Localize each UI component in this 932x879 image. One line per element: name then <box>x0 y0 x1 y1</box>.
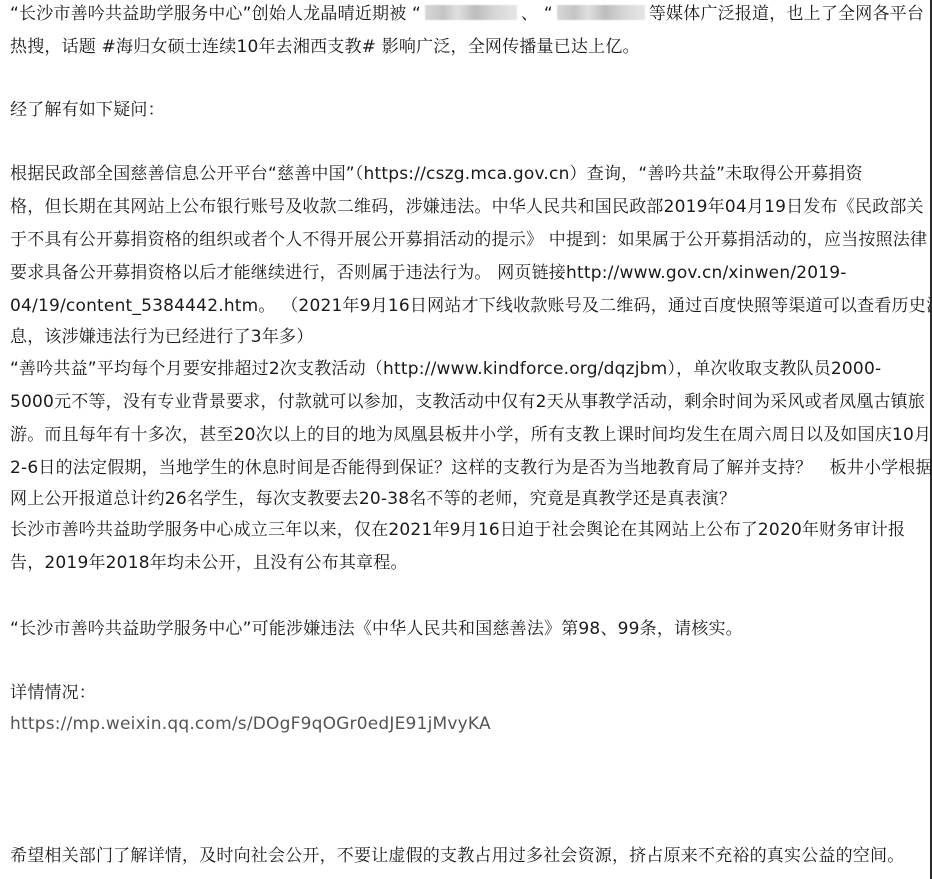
paragraph2-line: 2-6日的法定假期，当地学生的休息时间是否能得到保证？这样的支教行为是否为当地教… <box>10 457 932 479</box>
paragraph1-line: 根据民政部全国慈善信息公开平台“慈善中国”（https://cszg.mca.g… <box>10 163 863 185</box>
intro-line-1: “长沙市善吟共益助学服务中心”创始人龙晶晴近期被 “、 “等媒体广泛报道，也上了… <box>10 3 924 25</box>
paragraph3-line: 长沙市善吟共益助学服务中心成立三年以来，仅在2021年9月16日迫于社会舆论在其… <box>10 519 905 541</box>
document-page: “长沙市善吟共益助学服务中心”创始人龙晶晴近期被 “、 “等媒体广泛报道，也上了… <box>0 0 932 879</box>
paragraph1-line: 04/19/content_5384442.htm。 （2021年9月16日网站… <box>10 295 932 317</box>
details-url-link[interactable]: https://mp.weixin.qq.com/s/DOgF9qOGr0edJ… <box>10 713 491 735</box>
details-label: 详情情况： <box>10 682 96 704</box>
paragraph1-line: 于不具有公开募捐资格的组织或者个人不得开展公开募捐活动的提示》 中提到：如果属于… <box>10 229 927 251</box>
paragraph1-line: 要求具备公开募捐资格以后才能继续进行，否则属于违法行为。 网页链接http://… <box>10 262 847 284</box>
paragraph1-line: 格，但长期在其网站上公布银行账号及收款二维码，涉嫌违法。中华人民共和国民政部20… <box>10 196 924 218</box>
redacted-media-name-2 <box>557 5 645 20</box>
paragraph1-line: 息，该涉嫌违法行为已经进行了3年多） <box>10 326 313 348</box>
paragraph3-line: 告，2019年2018年均未公开，且没有公布其章程。 <box>10 552 408 574</box>
closing-statement: 希望相关部门了解详情，及时向社会公开，不要让虚假的支教占用过多社会资源，挤占原来… <box>10 845 904 867</box>
intro-text-part1: “长沙市善吟共益助学服务中心”创始人龙晶晴近期被 “ <box>10 4 421 24</box>
intro-text-part2: 等媒体广泛报道，也上了全网各平台 <box>649 4 924 24</box>
paragraph2-line: 网上公开报道总计约26名学生，每次支教要去20-38名不等的老师，究竟是真教学还… <box>10 488 736 510</box>
questions-heading: 经了解有如下疑问： <box>10 99 165 121</box>
redacted-media-name-1 <box>425 5 517 20</box>
intro-separator: 、 “ <box>521 4 553 24</box>
paragraph2-line: “善吟共益”平均每个月要安排超过2次支教活动（http://www.kindfo… <box>10 358 881 380</box>
intro-line-2: 热搜，话题 #海归女硕士连续10年去湘西支教# 影响广泛，全网传播量已达上亿。 <box>10 36 640 58</box>
legal-note: “长沙市善吟共益助学服务中心”可能涉嫌违法《中华人民共和国慈善法》第98、99条… <box>10 618 743 640</box>
paragraph2-line: 5000元不等，没有专业背景要求，付款就可以参加，支教活动中仅有2天从事教学活动… <box>10 391 925 413</box>
paragraph2-line: 游。而且每年有十多次，甚至20次以上的目的地为凤凰县板井小学，所有支教上课时间均… <box>10 424 931 446</box>
